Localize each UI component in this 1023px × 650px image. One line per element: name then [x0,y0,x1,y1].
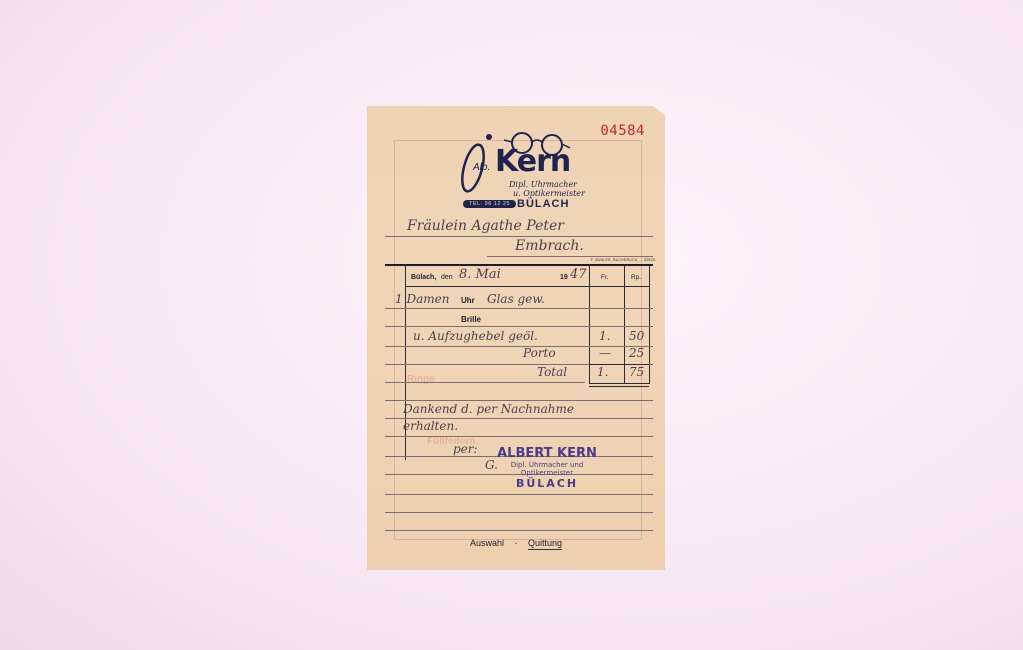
letterhead-subtitle-1: Dipl. Uhrmacher [509,180,577,189]
table-col-divider [589,266,590,384]
ruled-line [385,494,653,495]
total-bottom-rule [589,383,649,384]
line-item-1-desc-after: Glas gew. [487,292,545,306]
column-header-fr: Fr. [601,274,609,281]
serial-number: 04584 [600,123,645,139]
note-line-2: erhalten. [403,419,458,433]
printer-imprint: F. BÜHLER, BUCHDRUCK, ... 50823 [591,258,655,262]
stamp-line-4: BÜLACH [487,477,607,490]
ruled-line [385,512,653,513]
signature-prefix: per: [453,442,478,456]
date-day-month: 8. Mai [459,267,501,282]
ruled-line [487,256,653,257]
letterhead-phone: TEL. 96 12 25 [463,200,516,208]
letterhead-prefix: Alb. [473,162,490,173]
letterhead-city: BÜLACH [517,198,569,210]
printed-label-uhr: Uhr [461,296,475,305]
table-right-rule [649,266,650,384]
line-item-1-desc-before: 1 Damen [395,292,449,306]
line-item-2-desc: u. Aufzughebel geöl. [413,329,538,343]
letterhead-name: Kern [495,144,570,179]
stamp-line-2: Dipl. Uhrmacher und [487,461,607,469]
ruled-line [385,346,653,347]
table-top-rule [385,264,653,266]
line-item-3-desc: Porto [523,346,556,360]
ruled-line [385,326,653,327]
table-col-divider [624,266,625,384]
total-label: Total [537,365,567,379]
total-fr: 1. [597,365,608,379]
receipt-footer: Auswahl · Quittung [367,538,665,548]
letterhead-logo: Alb. Kern Dipl. Uhrmacher u. Optikermeis… [459,130,589,212]
date-year-prefix: 19 [560,274,568,281]
date-year-suffix: 47 [570,267,587,282]
date-place-label: Bülach, [411,274,436,281]
ruled-line [385,530,653,531]
ruled-line [385,382,585,383]
stamp-line-3: Optikermeister [487,469,607,477]
bleed-through-text: Ringe [407,374,435,385]
line-item-2-fr: 1. [599,329,610,343]
company-stamp: ALBERT KERN Dipl. Uhrmacher und Optikerm… [487,446,607,490]
line-item-3-fr: — [599,346,611,360]
line-item-3-rp: 25 [629,346,644,360]
letterhead-subtitle-2: u. Optikermeister [513,189,585,198]
column-header-rp: Rp. [631,274,641,281]
footer-option-quittung: Quittung [528,538,562,550]
footer-option-auswahl: Auswahl [470,538,504,548]
note-line-1: Dankend d. per Nachnahme [403,402,574,416]
line-item-2-rp: 50 [629,329,644,343]
recipient-name: Fräulein Agathe Peter [407,218,564,234]
date-den-label: den [441,274,453,281]
total-double-rule [589,386,649,387]
total-rp: 75 [629,365,644,379]
ruled-line [385,236,653,237]
ruled-line [385,436,653,437]
footer-separator: · [515,538,518,548]
ruled-line [385,308,653,309]
ruled-line [385,400,653,401]
printed-label-brille: Brille [461,315,481,324]
receipt-paper: Ringe Füllfedern 04584 Alb. Kern Dipl. U… [367,106,665,570]
table-header-rule [405,286,649,287]
stamp-line-1: ALBERT KERN [487,446,607,461]
recipient-place: Embrach. [515,238,584,254]
